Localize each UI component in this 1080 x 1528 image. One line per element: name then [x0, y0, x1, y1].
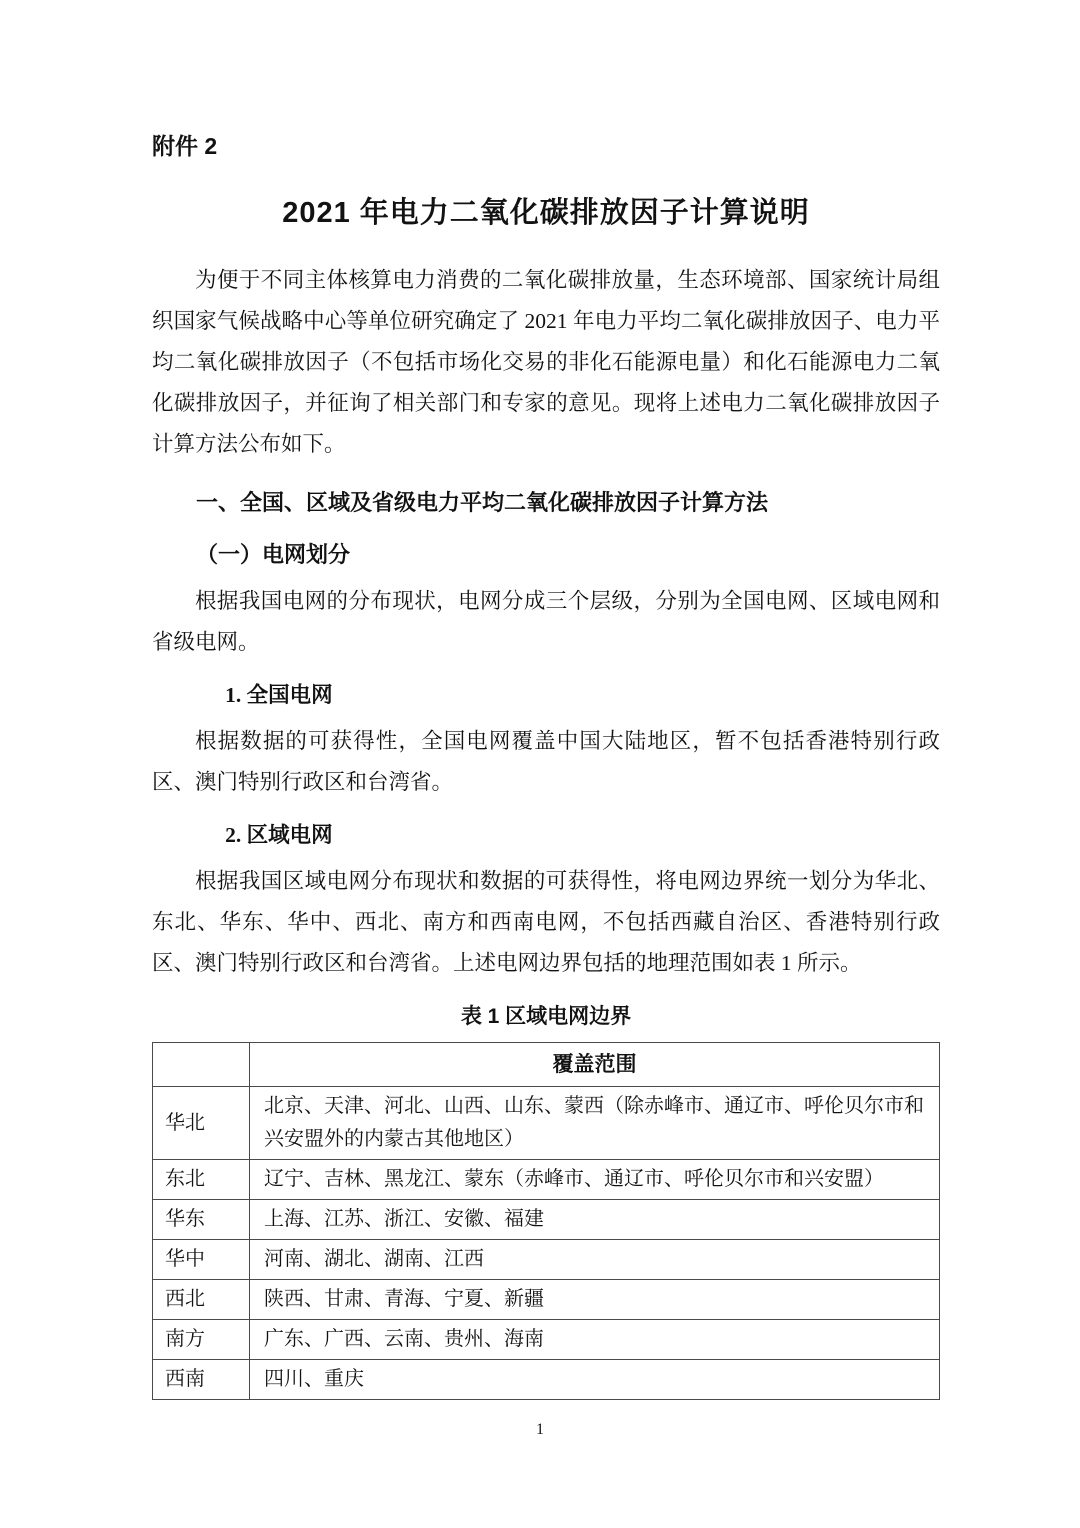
coverage-cell: 辽宁、吉林、黑龙江、蒙东（赤峰市、通辽市、呼伦贝尔市和兴安盟）: [250, 1160, 940, 1200]
grid-division-paragraph: 根据我国电网的分布现状，电网分成三个层级，分别为全国电网、区域电网和省级电网。: [152, 581, 940, 663]
table-row: 西南四川、重庆: [153, 1360, 940, 1400]
table-row: 东北辽宁、吉林、黑龙江、蒙东（赤峰市、通辽市、呼伦贝尔市和兴安盟）: [153, 1160, 940, 1200]
section-1-heading: 一、全国、区域及省级电力平均二氧化碳排放因子计算方法: [152, 483, 940, 523]
document-title: 2021 年电力二氧化碳排放因子计算说明: [152, 196, 940, 230]
subsection-1-heading: （一）电网划分: [152, 535, 940, 575]
region-name-cell: 西北: [153, 1280, 250, 1320]
regional-grid-paragraph: 根据我国区域电网分布现状和数据的可获得性，将电网边界统一划分为华北、东北、华东、…: [152, 861, 940, 984]
item-1-heading: 1. 全国电网: [152, 675, 940, 715]
table-header-row: 覆盖范围: [153, 1043, 940, 1087]
coverage-cell: 陕西、甘肃、青海、宁夏、新疆: [250, 1280, 940, 1320]
table-row: 华中河南、湖北、湖南、江西: [153, 1240, 940, 1280]
table-row: 华北北京、天津、河北、山西、山东、蒙西（除赤峰市、通辽市、呼伦贝尔市和兴安盟外的…: [153, 1087, 940, 1160]
region-name-cell: 华东: [153, 1200, 250, 1240]
table-caption: 表 1 区域电网边界: [152, 1004, 940, 1030]
coverage-column-header: 覆盖范围: [250, 1043, 940, 1087]
region-name-cell: 华北: [153, 1087, 250, 1160]
coverage-cell: 四川、重庆: [250, 1360, 940, 1400]
coverage-cell: 北京、天津、河北、山西、山东、蒙西（除赤峰市、通辽市、呼伦贝尔市和兴安盟外的内蒙…: [250, 1087, 940, 1160]
region-name-cell: 东北: [153, 1160, 250, 1200]
region-name-cell: 南方: [153, 1320, 250, 1360]
national-grid-paragraph: 根据数据的可获得性，全国电网覆盖中国大陆地区，暂不包括香港特别行政区、澳门特别行…: [152, 721, 940, 803]
region-grid-table: 覆盖范围 华北北京、天津、河北、山西、山东、蒙西（除赤峰市、通辽市、呼伦贝尔市和…: [152, 1042, 940, 1400]
coverage-cell: 河南、湖北、湖南、江西: [250, 1240, 940, 1280]
region-table-body: 华北北京、天津、河北、山西、山东、蒙西（除赤峰市、通辽市、呼伦贝尔市和兴安盟外的…: [153, 1087, 940, 1400]
coverage-cell: 上海、江苏、浙江、安徽、福建: [250, 1200, 940, 1240]
table-row: 南方广东、广西、云南、贵州、海南: [153, 1320, 940, 1360]
item-2-heading: 2. 区域电网: [152, 815, 940, 855]
document-page: 附件 2 2021 年电力二氧化碳排放因子计算说明 为便于不同主体核算电力消费的…: [0, 0, 1080, 1528]
table-row: 西北陕西、甘肃、青海、宁夏、新疆: [153, 1280, 940, 1320]
coverage-cell: 广东、广西、云南、贵州、海南: [250, 1320, 940, 1360]
region-name-cell: 西南: [153, 1360, 250, 1400]
intro-paragraph: 为便于不同主体核算电力消费的二氧化碳排放量，生态环境部、国家统计局组织国家气候战…: [152, 260, 940, 465]
page-number: 1: [0, 1420, 1080, 1440]
table-row: 华东上海、江苏、浙江、安徽、福建: [153, 1200, 940, 1240]
region-name-cell: 华中: [153, 1240, 250, 1280]
attachment-label: 附件 2: [152, 132, 940, 160]
region-column-header: [153, 1043, 250, 1087]
